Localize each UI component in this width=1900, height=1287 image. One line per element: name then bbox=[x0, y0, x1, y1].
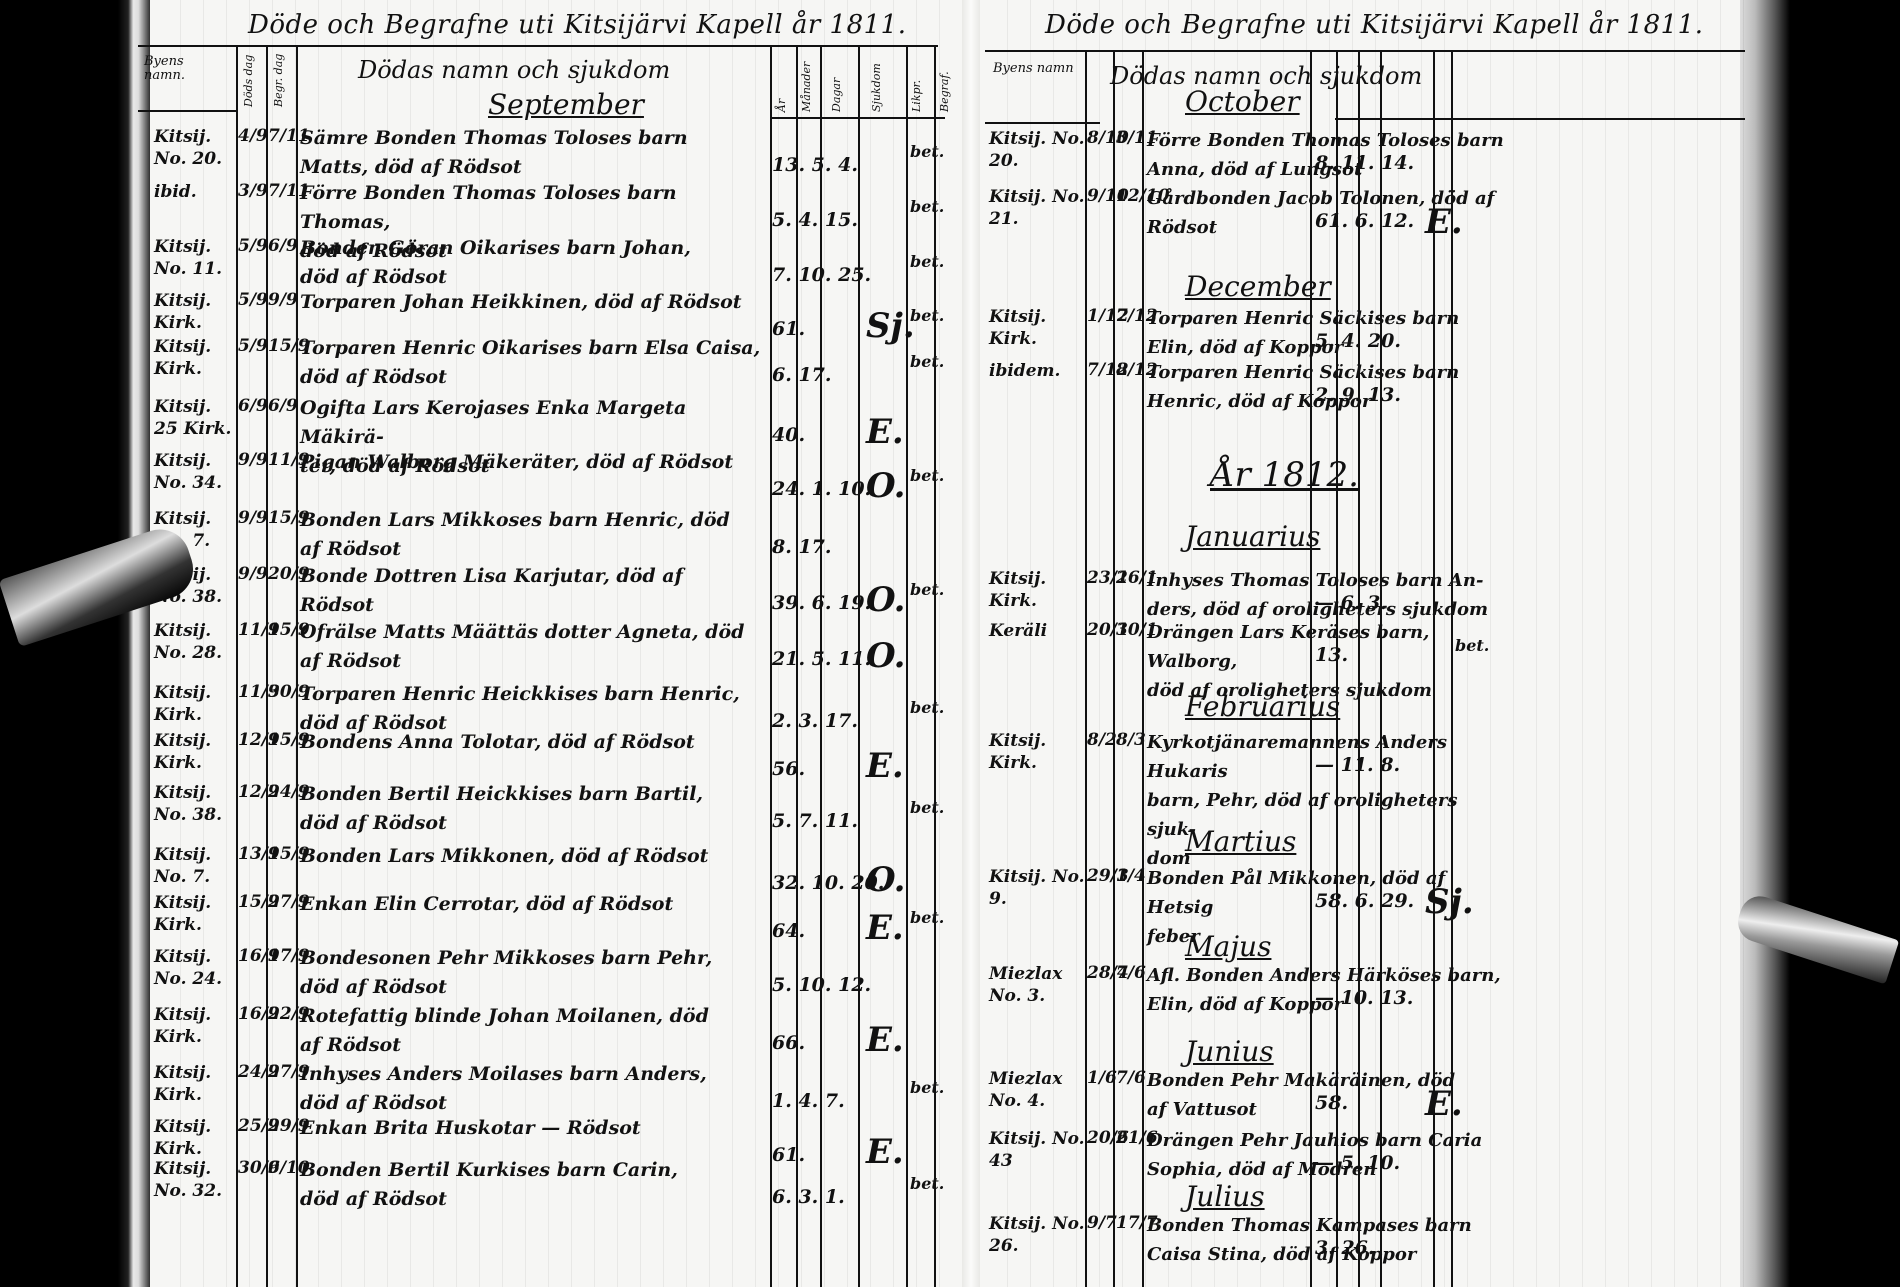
entry-text-line: död af Rödsot bbox=[300, 1185, 765, 1214]
right-page-title: Döde och Begrafne uti Kitsijärvi Kapell … bbox=[1045, 10, 1703, 40]
entry-death-date: 7/12 bbox=[1087, 360, 1113, 380]
entry-burial-date: 17/7 bbox=[1116, 1213, 1142, 1233]
entry-burial-date: 11/9 bbox=[268, 450, 294, 470]
entry-death-date: 9/9 bbox=[238, 450, 264, 470]
entry-text: Enkan Elin Cerrotar, död af Rödsot bbox=[300, 890, 765, 919]
entry-mark: E. bbox=[1425, 202, 1463, 242]
entry-village: Kitsij. No. 7. bbox=[154, 844, 232, 888]
entry-death-date: 30/9 bbox=[238, 1158, 264, 1178]
col-header-main: Dödas namn och sjukdom bbox=[358, 56, 670, 84]
entry-text: Pigan Walborg Mäkeräter, död af Rödsot bbox=[300, 448, 765, 477]
entry-age: 8. 11. 14. bbox=[1315, 152, 1414, 174]
entry-burial-date: 7/6 bbox=[1116, 1068, 1142, 1088]
entry-age: 3. 26. bbox=[1315, 1237, 1375, 1259]
month-heading: Januarius bbox=[1185, 520, 1320, 553]
entry-burial-date: 15/9 bbox=[268, 336, 294, 356]
entry-text-line: Inhyses Anders Moilases barn Anders, bbox=[300, 1060, 765, 1089]
entry-text-line: Bonden Göran Oikarises barn Johan, bbox=[300, 234, 765, 263]
entry-mark: O. bbox=[866, 466, 905, 506]
entry-death-date: 5/9 bbox=[238, 236, 264, 256]
entry-burial-date: 7/12 bbox=[1116, 306, 1142, 326]
register-entry: Kitsij. No. 26.9/717/7Bonden Thomas Kamp… bbox=[985, 1211, 1745, 1271]
register-entry: Kitsij. No. 34.9/911/9Pigan Walborg Mäke… bbox=[158, 448, 958, 508]
entry-death-date: 23/1 bbox=[1087, 568, 1113, 588]
entry-death-date: 15/9 bbox=[238, 892, 264, 912]
entry-village: Kitsij. No. 26. bbox=[989, 1213, 1085, 1257]
entry-mark: O. bbox=[866, 580, 905, 620]
entry-death-date: 20/6 bbox=[1087, 1128, 1113, 1148]
entry-burial-date: 3/11 bbox=[1116, 128, 1142, 148]
entry-text-line: Förre Bonden Thomas Toloses barn bbox=[1147, 126, 1507, 155]
register-entry: Kitsij. No. 11.5/96/9Bonden Göran Oikari… bbox=[158, 234, 958, 294]
register-entry: Keräli20/130/1Drängen Lars Keräses barn,… bbox=[985, 618, 1745, 678]
entry-age: 58. 6. 29. bbox=[1315, 890, 1414, 912]
entry-burial-note: bet. bbox=[910, 798, 944, 817]
entry-death-date: 5/9 bbox=[238, 290, 264, 310]
entry-burial-date: 27/9 bbox=[268, 892, 294, 912]
entry-age: 8. 17. bbox=[772, 536, 832, 558]
register-entry: Kitsij. No. 9.29/31/4Bonden Pål Mikkonen… bbox=[985, 864, 1745, 924]
register-entry: ibidem.7/128/12Torparen Henric Säckises … bbox=[985, 358, 1745, 418]
entry-village: Kitsij. No. 28. bbox=[154, 620, 232, 664]
entry-village: Kitsij. No. 43 bbox=[989, 1128, 1085, 1172]
entry-text-line: Ofrälse Matts Määttäs dotter Agneta, död bbox=[300, 618, 765, 647]
entry-burial-date: 30/9 bbox=[268, 682, 294, 702]
entry-burial-date: 6/9 bbox=[268, 236, 294, 256]
entry-text: Bondesonen Pehr Mikkoses barn Pehr,död a… bbox=[300, 944, 765, 1002]
entry-burial-date: 17/9 bbox=[268, 946, 294, 966]
entry-burial-date: 20/9 bbox=[268, 564, 294, 584]
entry-death-date: 9/10 bbox=[1087, 186, 1113, 206]
entry-text-line: Bonden Lars Mikkoses barn Henric, död bbox=[300, 506, 765, 535]
entry-text: Bonden Bertil Kurkises barn Carin,död af… bbox=[300, 1156, 765, 1214]
entry-text-line: af Rödsot bbox=[300, 535, 765, 564]
register-entry: Kitsij. No. 38.12/924/9Bonden Bertil Hei… bbox=[158, 780, 958, 840]
register-entry: Kitsij. Kirk.23/126/1Inhyses Thomas Tolo… bbox=[985, 566, 1745, 626]
entry-burial-date: 15/9 bbox=[268, 508, 294, 528]
register-entry: Kitsij. No. 32.30/96/10Bonden Bertil Kur… bbox=[158, 1156, 958, 1216]
entry-age: 21. 5. 11. bbox=[772, 648, 871, 670]
entry-text-line: Ogifta Lars Kerojases Enka Margeta Mäkir… bbox=[300, 394, 765, 452]
entry-age: 13. 5. 4. bbox=[772, 154, 858, 176]
header-sub-rule bbox=[985, 122, 1100, 124]
entry-village: Kitsij. No. 20. bbox=[989, 128, 1085, 172]
entry-text: Bonden Göran Oikarises barn Johan,död af… bbox=[300, 234, 765, 292]
entry-mark: E. bbox=[866, 412, 904, 452]
entry-text: Torparen Johan Heikkinen, död af Rödsot bbox=[300, 288, 765, 317]
register-entry: Kitsij. Kirk.8/28/3Kyrkotjänaremannens A… bbox=[985, 728, 1745, 788]
entry-mark: Sj. bbox=[1425, 882, 1474, 922]
month-heading: Februarius bbox=[1185, 690, 1340, 723]
right-page: Döde och Begrafne uti Kitsijärvi Kapell … bbox=[985, 0, 1745, 1287]
entry-age: — 6. 3. bbox=[1315, 592, 1387, 614]
register-entry: Kitsij. Kirk.1/127/12Torparen Henric Säc… bbox=[985, 304, 1745, 364]
entry-burial-date: 24/9 bbox=[268, 782, 294, 802]
entry-village: ibidem. bbox=[989, 360, 1085, 382]
entry-village: Kitsij. Kirk. bbox=[989, 306, 1085, 350]
col-header-extra1: Sjukdom bbox=[870, 52, 884, 112]
entry-text: Bonde Dottren Lisa Karjutar, död afRödso… bbox=[300, 562, 765, 620]
entry-burial-note: bet. bbox=[910, 197, 944, 216]
col-header-death: Döds dag bbox=[242, 52, 256, 107]
register-entry: Kitsij. No. 20.4/97/11Sämre Bonden Thoma… bbox=[158, 124, 958, 184]
entry-age: 40. bbox=[772, 424, 805, 446]
entry-text-line: Torparen Johan Heikkinen, död af Rödsot bbox=[300, 288, 765, 317]
register-entry: Kitsij. No. 4320/621/6Drängen Pehr Jauhi… bbox=[985, 1126, 1745, 1186]
col-header-years: År bbox=[775, 52, 789, 112]
entry-age: 5. 4. 15. bbox=[772, 209, 858, 231]
register-entry: Kitsij. Kirk.16/922/9Rotefattig blinde J… bbox=[158, 1002, 958, 1062]
entry-burial-date: 15/9 bbox=[268, 620, 294, 640]
entry-death-date: 11/9 bbox=[238, 682, 264, 702]
col-header-days: Dagar bbox=[830, 52, 844, 112]
entry-village: ibid. bbox=[154, 181, 232, 203]
entry-text: Sämre Bonden Thomas Toloses barnMatts, d… bbox=[300, 124, 765, 182]
entry-text-line: Bonden Thomas Kampases barn bbox=[1147, 1211, 1507, 1240]
age-header-rule bbox=[1335, 118, 1745, 120]
entry-burial-note: bet. bbox=[1455, 636, 1489, 655]
entry-age: — 11. 8. bbox=[1315, 754, 1400, 776]
register-entry: Kitsij. Kirk.5/915/9Torparen Henric Oika… bbox=[158, 334, 958, 394]
entry-text-line: Bonden Bertil Heickkises barn Bartil, bbox=[300, 780, 765, 809]
entry-text-line: Bonde Dottren Lisa Karjutar, död af bbox=[300, 562, 765, 591]
entry-text-line: Afl. Bonden Anders Härköses barn, bbox=[1147, 961, 1507, 990]
entry-death-date: 12/9 bbox=[238, 730, 264, 750]
entry-death-date: 1/6 bbox=[1087, 1068, 1113, 1088]
entry-age: — 5. 10. bbox=[1315, 1152, 1400, 1174]
entry-text-line: död af Rödsot bbox=[300, 363, 765, 392]
entry-death-date: 25/9 bbox=[238, 1116, 264, 1136]
entry-text-line: Bonden Lars Mikkonen, död af Rödsot bbox=[300, 842, 765, 871]
entry-age: — 10. 13. bbox=[1315, 987, 1413, 1009]
entry-death-date: 8/10 bbox=[1087, 128, 1113, 148]
entry-burial-note: bet. bbox=[910, 466, 944, 485]
entry-village: Kitsij. No. 11. bbox=[154, 236, 232, 280]
entry-text-line: Rotefattig blinde Johan Moilanen, död bbox=[300, 1002, 765, 1031]
entry-burial-note: bet. bbox=[910, 580, 944, 599]
left-page: Döde och Begrafne uti Kitsijärvi Kapell … bbox=[158, 0, 958, 1287]
entry-text: Bonden Bertil Heickkises barn Bartil,död… bbox=[300, 780, 765, 838]
entry-age: 6. 3. 1. bbox=[772, 1186, 845, 1208]
entry-village: Miezlax No. 3. bbox=[989, 963, 1085, 1007]
entry-death-date: 9/9 bbox=[238, 564, 264, 584]
entry-text: Enkan Brita Huskotar — Rödsot bbox=[300, 1114, 765, 1143]
register-entry: Kitsij. No. 21.9/1012/10Gårdbonden Jacob… bbox=[985, 184, 1745, 244]
month-heading: Julius bbox=[1185, 1180, 1265, 1213]
register-entry: Miezlax No. 3.28/47/6Afl. Bonden Anders … bbox=[985, 961, 1745, 1021]
register-entry: Kitsij. No. 38.9/920/9Bonde Dottren Lisa… bbox=[158, 562, 958, 622]
col-header-burial: Begr. dag bbox=[272, 52, 286, 107]
entry-burial-date: 9/9 bbox=[268, 290, 294, 310]
entry-age: 2. 9. 13. bbox=[1315, 384, 1401, 406]
register-entry: Kitsij. Kirk.24/927/9Inhyses Anders Moil… bbox=[158, 1060, 958, 1120]
entry-village: Kitsij. No. 32. bbox=[154, 1158, 232, 1202]
entry-burial-note: bet. bbox=[910, 1174, 944, 1193]
entry-burial-date: 1/4 bbox=[1116, 866, 1142, 886]
entry-burial-date: 7/11 bbox=[268, 126, 294, 146]
entry-village: Kitsij. Kirk. bbox=[154, 730, 232, 774]
entry-burial-note: bet. bbox=[910, 908, 944, 927]
entry-age: 6. 17. bbox=[772, 364, 832, 386]
entry-death-date: 8/2 bbox=[1087, 730, 1113, 750]
entry-burial-note: bet. bbox=[910, 352, 944, 371]
entry-burial-date: 27/9 bbox=[268, 1062, 294, 1082]
register-entry: Kitsij. 25 Kirk.6/96/9Ogifta Lars Keroja… bbox=[158, 394, 958, 454]
entry-age: 58. bbox=[1315, 1092, 1348, 1114]
col-header-village: Byens namn bbox=[993, 62, 1083, 76]
entry-burial-date: 7/6 bbox=[1116, 963, 1142, 983]
entry-mark: E. bbox=[1425, 1084, 1463, 1124]
entry-village: Kitsij. No. 38. bbox=[154, 782, 232, 826]
entry-text-line: Rödsot bbox=[300, 591, 765, 620]
register-entry: Kitsij. Kirk.12/915/9Bondens Anna Tolota… bbox=[158, 728, 958, 788]
entry-burial-note: bet. bbox=[910, 306, 944, 325]
register-entry: Miezlax No. 4.1/67/6Bonden Pehr Makäräin… bbox=[985, 1066, 1745, 1126]
entry-text-line: Bondens Anna Tolotar, död af Rödsot bbox=[300, 728, 765, 757]
entry-death-date: 4/9 bbox=[238, 126, 264, 146]
entry-burial-date: 6/9 bbox=[268, 396, 294, 416]
month-heading: Junius bbox=[1185, 1035, 1274, 1068]
entry-death-date: 13/9 bbox=[238, 844, 264, 864]
header-top-rule bbox=[138, 45, 938, 47]
entry-burial-date: 8/12 bbox=[1116, 360, 1142, 380]
entry-death-date: 1/12 bbox=[1087, 306, 1113, 326]
entry-age: 66. bbox=[772, 1032, 805, 1054]
entry-village: Kitsij. No. 9. bbox=[989, 866, 1085, 910]
entry-village: Kitsij. 25 Kirk. bbox=[154, 396, 232, 440]
entry-text-line: Pigan Walborg Mäkeräter, död af Rödsot bbox=[300, 448, 765, 477]
left-page-title: Döde och Begrafne uti Kitsijärvi Kapell … bbox=[248, 10, 906, 40]
col-header-extra3: Begraf. bbox=[938, 52, 952, 112]
entry-text-line: Enkan Brita Huskotar — Rödsot bbox=[300, 1114, 765, 1143]
register-entry: Kitsij. No. 24.16/917/9Bondesonen Pehr M… bbox=[158, 944, 958, 1004]
entry-mark: E. bbox=[866, 908, 904, 948]
month-heading-september: September bbox=[488, 88, 644, 121]
entry-burial-note: bet. bbox=[910, 698, 944, 717]
entry-text: Bondens Anna Tolotar, död af Rödsot bbox=[300, 728, 765, 757]
header-top-rule bbox=[985, 50, 1745, 52]
register-entry: Kitsij. No. 20.8/103/11Förre Bonden Thom… bbox=[985, 126, 1745, 186]
entry-village: Kitsij. Kirk. bbox=[154, 336, 232, 380]
entry-village: Kitsij. Kirk. bbox=[154, 1116, 232, 1160]
entry-burial-date: 6/10 bbox=[268, 1158, 294, 1178]
entry-death-date: 29/3 bbox=[1087, 866, 1113, 886]
entry-village: Kitsij. Kirk. bbox=[154, 892, 232, 936]
entry-text-line: Sämre Bonden Thomas Toloses barn bbox=[300, 124, 765, 153]
entry-text-line: Torparen Henric Heickkises barn Henric, bbox=[300, 680, 765, 709]
entry-village: Kitsij. No. 34. bbox=[154, 450, 232, 494]
entry-death-date: 9/7 bbox=[1087, 1213, 1113, 1233]
entry-burial-date: 15/9 bbox=[268, 844, 294, 864]
entry-text: Ofrälse Matts Määttäs dotter Agneta, död… bbox=[300, 618, 765, 676]
entry-burial-date: 29/9 bbox=[268, 1116, 294, 1136]
entry-age: 39. 6. 19. bbox=[772, 592, 871, 614]
entry-age: 24. 1. 10. bbox=[772, 478, 871, 500]
page-gutter bbox=[962, 0, 980, 1287]
register-entry: Kitsij. No. 28.11/915/9Ofrälse Matts Mää… bbox=[158, 618, 958, 678]
entry-village: Kitsij. Kirk. bbox=[989, 730, 1085, 774]
col-header-months: Månader bbox=[800, 52, 814, 112]
entry-text: Torparen Henric Oikarises barn Elsa Cais… bbox=[300, 334, 765, 392]
entry-age: 5. 4. 20. bbox=[1315, 330, 1401, 352]
entry-village: Keräli bbox=[989, 620, 1085, 642]
entry-text-line: död af Rödsot bbox=[300, 973, 765, 1002]
entry-text-line: Inhyses Thomas Toloses barn An- bbox=[1147, 566, 1507, 595]
entry-village: Kitsij. No. 24. bbox=[154, 946, 232, 990]
entry-death-date: 16/9 bbox=[238, 946, 264, 966]
entry-text: Bonden Lars Mikkoses barn Henric, dödaf … bbox=[300, 506, 765, 564]
entry-burial-date: 26/1 bbox=[1116, 568, 1142, 588]
entry-text-line: död af Rödsot bbox=[300, 809, 765, 838]
entry-burial-note: bet. bbox=[910, 252, 944, 271]
entry-text-line: af Rödsot bbox=[300, 647, 765, 676]
entry-village: Kitsij. Kirk. bbox=[989, 568, 1085, 612]
entry-age: 5. 7. 11. bbox=[772, 810, 858, 832]
col-header-extra2: Likpr. bbox=[910, 52, 924, 112]
entry-burial-date: 15/9 bbox=[268, 730, 294, 750]
entry-text: Bonden Lars Mikkonen, död af Rödsot bbox=[300, 842, 765, 871]
entry-burial-date: 21/6 bbox=[1116, 1128, 1142, 1148]
entry-text: Rotefattig blinde Johan Moilanen, dödaf … bbox=[300, 1002, 765, 1060]
entry-death-date: 16/9 bbox=[238, 1004, 264, 1024]
register-entry: Kitsij. Kirk.15/927/9Enkan Elin Cerrotar… bbox=[158, 890, 958, 950]
entry-mark: E. bbox=[866, 1020, 904, 1060]
left-book-binding bbox=[118, 0, 152, 1287]
entry-village: Kitsij. Kirk. bbox=[154, 1062, 232, 1106]
entry-text-line: Bondesonen Pehr Mikkoses barn Pehr, bbox=[300, 944, 765, 973]
entry-death-date: 5/9 bbox=[238, 336, 264, 356]
entry-age: 7. 10. 25. bbox=[772, 264, 871, 286]
entry-age: 5. 10. 12. bbox=[772, 974, 871, 996]
entry-village: Kitsij. Kirk. bbox=[154, 290, 232, 334]
entry-death-date: 24/9 bbox=[238, 1062, 264, 1082]
entry-death-date: 28/4 bbox=[1087, 963, 1113, 983]
register-entry: Kitsij. No. 7.9/915/9Bonden Lars Mikkose… bbox=[158, 506, 958, 566]
entry-burial-date: 22/9 bbox=[268, 1004, 294, 1024]
month-heading: October bbox=[1185, 85, 1300, 118]
month-heading: Martius bbox=[1185, 825, 1296, 858]
entry-text-line: Torparen Henric Säckises barn bbox=[1147, 304, 1507, 333]
entry-text-line: Bonden Bertil Kurkises barn Carin, bbox=[300, 1156, 765, 1185]
entry-burial-date: 30/1 bbox=[1116, 620, 1142, 640]
entry-text-line: Matts, död af Rödsot bbox=[300, 153, 765, 182]
entry-text-line: Torparen Henric Säckises barn bbox=[1147, 358, 1507, 387]
right-page-edge bbox=[1740, 0, 1790, 1287]
header-sub-rule bbox=[138, 110, 238, 112]
entry-village: Kitsij. No. 21. bbox=[989, 186, 1085, 230]
entry-burial-date: 8/3 bbox=[1116, 730, 1142, 750]
entry-age: 64. bbox=[772, 920, 805, 942]
entry-age: 1. 4. 7. bbox=[772, 1090, 845, 1112]
entry-death-date: 11/9 bbox=[238, 620, 264, 640]
entry-village: Kitsij. No. 20. bbox=[154, 126, 232, 170]
entry-burial-note: bet. bbox=[910, 1078, 944, 1097]
entry-village: Kitsij. Kirk. bbox=[154, 682, 232, 726]
entry-text-line: Torparen Henric Oikarises barn Elsa Cais… bbox=[300, 334, 765, 363]
entry-village: Kitsij. Kirk. bbox=[154, 1004, 232, 1048]
year-heading: År 1812. bbox=[1210, 455, 1359, 495]
col-header-village: Byens namn. bbox=[144, 55, 224, 83]
entry-death-date: 9/9 bbox=[238, 508, 264, 528]
entry-text-line: Förre Bonden Thomas Toloses barn Thomas, bbox=[300, 179, 765, 237]
entry-text-line: Drängen Pehr Jauhios barn Caria bbox=[1147, 1126, 1507, 1155]
entry-burial-note: bet. bbox=[910, 142, 944, 161]
month-heading: December bbox=[1185, 270, 1331, 303]
entry-death-date: 6/9 bbox=[238, 396, 264, 416]
entry-text: Inhyses Anders Moilases barn Anders,död … bbox=[300, 1060, 765, 1118]
entry-text-line: Enkan Elin Cerrotar, död af Rödsot bbox=[300, 890, 765, 919]
entry-age: 13. bbox=[1315, 644, 1348, 666]
entry-death-date: 12/9 bbox=[238, 782, 264, 802]
entry-village: Miezlax No. 4. bbox=[989, 1068, 1085, 1112]
entry-death-date: 20/1 bbox=[1087, 620, 1113, 640]
month-heading: Majus bbox=[1185, 930, 1271, 963]
entry-mark: O. bbox=[866, 636, 905, 676]
register-entry: ibid.3/97/11Förre Bonden Thomas Toloses … bbox=[158, 179, 958, 239]
entry-death-date: 3/9 bbox=[238, 181, 264, 201]
entry-burial-date: 12/10 bbox=[1116, 186, 1142, 206]
entry-text-line: af Rödsot bbox=[300, 1031, 765, 1060]
entry-burial-date: 7/11 bbox=[268, 181, 294, 201]
entry-age: 56. bbox=[772, 758, 805, 780]
entry-age: 61. 6. 12. bbox=[1315, 210, 1414, 232]
